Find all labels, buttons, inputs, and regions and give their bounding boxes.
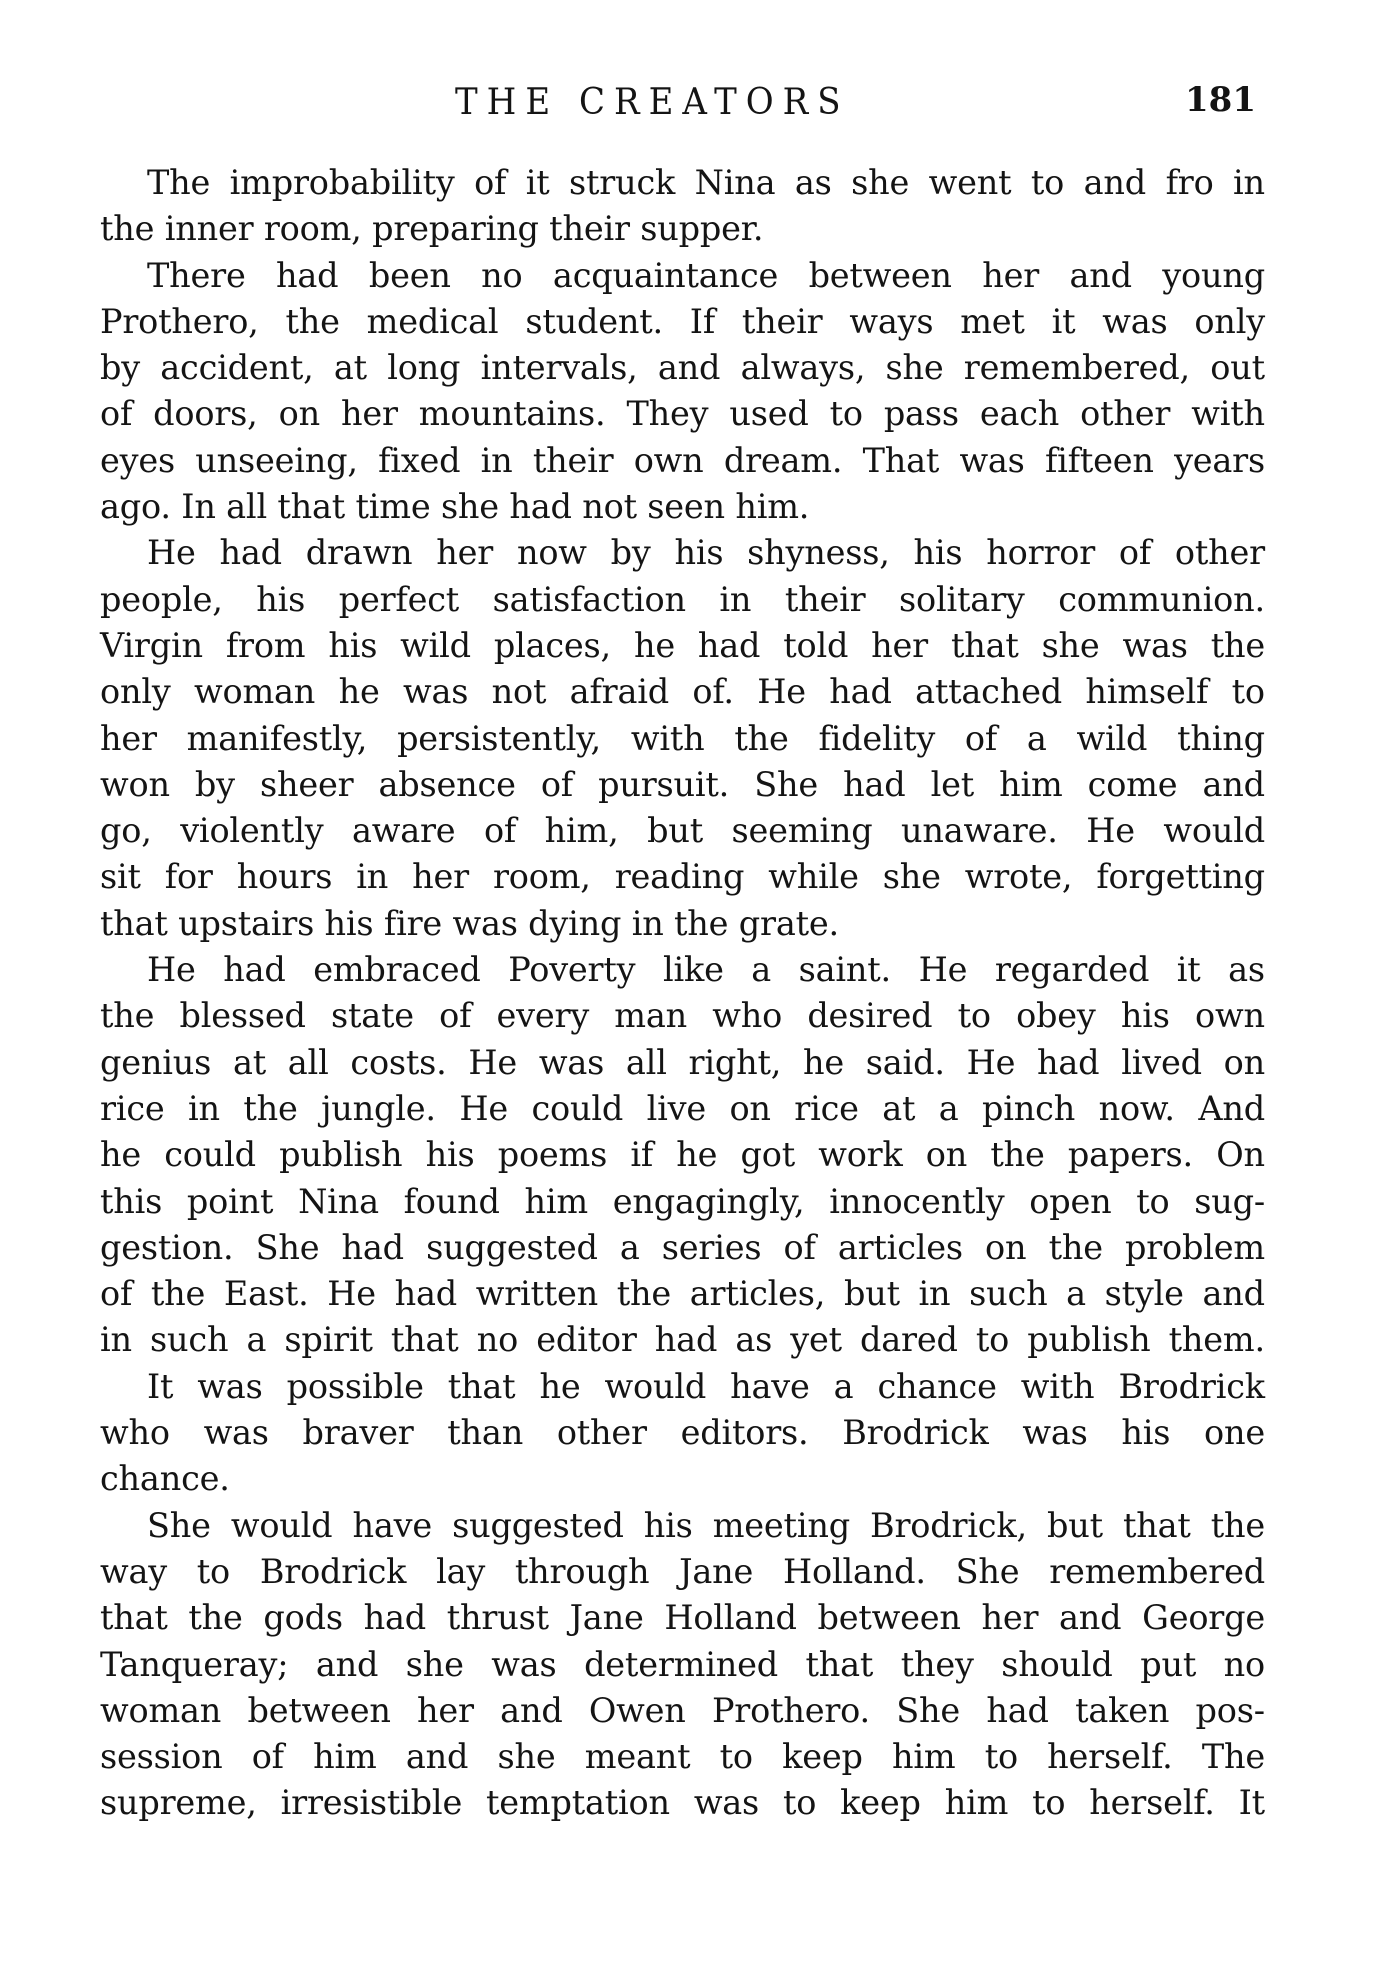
word: their: [742, 299, 823, 345]
word: accident,: [160, 345, 313, 391]
word: had: [1037, 1040, 1099, 1086]
word: in: [100, 1317, 132, 1363]
word: spirit: [284, 1317, 372, 1363]
word: of: [784, 1225, 816, 1271]
text-line: hecouldpublishhispoemsifhegotworkonthepa…: [100, 1132, 1265, 1178]
word: temptation: [486, 1780, 670, 1826]
word: would: [605, 1364, 707, 1410]
word: of: [100, 1271, 132, 1317]
word: it: [1177, 947, 1201, 993]
word: and: [1202, 762, 1264, 808]
word: the: [734, 716, 788, 762]
word: this: [100, 1179, 162, 1225]
word: that: [391, 1317, 459, 1363]
word: years: [1174, 438, 1265, 484]
word: to: [1232, 669, 1265, 715]
word: to: [197, 1549, 230, 1595]
word: people,: [100, 577, 223, 623]
word: a: [1027, 716, 1047, 762]
word: he: [100, 1132, 141, 1178]
word: each: [980, 391, 1059, 437]
word: out: [1210, 345, 1265, 391]
word: not: [492, 669, 547, 715]
word: been: [369, 253, 451, 299]
word: drawn: [306, 530, 413, 576]
word: He: [468, 1040, 517, 1086]
word: had: [276, 253, 338, 299]
word: only: [100, 669, 171, 715]
word: used: [729, 391, 808, 437]
word: her: [871, 623, 928, 669]
word: such: [150, 1317, 228, 1363]
word: Virgin: [100, 623, 203, 669]
word: by: [195, 762, 235, 808]
word: It: [1239, 1780, 1265, 1826]
word: obey: [1016, 993, 1096, 1039]
word: by: [100, 345, 140, 391]
word: met: [960, 299, 1024, 345]
word: her: [100, 716, 157, 762]
word: a: [1066, 1271, 1086, 1317]
word: The: [1202, 1734, 1265, 1780]
word: dared: [860, 1317, 958, 1363]
text-line: wonbysheerabsenceofpursuit.Shehadlethimc…: [100, 762, 1265, 808]
word: shyness,: [747, 530, 890, 576]
word: He: [147, 530, 196, 576]
word: rice: [100, 1086, 165, 1132]
word: keep: [840, 1780, 921, 1826]
word: They: [626, 391, 708, 437]
word: that: [448, 1364, 516, 1410]
word: He: [459, 1086, 508, 1132]
word: Poverty: [508, 947, 635, 993]
word: that: [951, 623, 1019, 669]
word: on: [729, 1086, 770, 1132]
word: all: [626, 1040, 667, 1086]
word: own: [1195, 993, 1265, 1039]
text-line: oftheEast.Hehadwrittenthearticles,butins…: [100, 1271, 1265, 1317]
word: himself: [1085, 669, 1208, 715]
word: gestion.: [100, 1225, 233, 1271]
word: from: [226, 623, 306, 669]
text-line: ofdoors,onhermountains.Theyusedtopasseac…: [100, 391, 1265, 437]
text-line: Virginfromhiswildplaces,hehadtoldherthat…: [100, 623, 1265, 669]
word: to: [976, 1317, 1009, 1363]
word: have: [730, 1364, 810, 1410]
word: perfect: [339, 577, 459, 623]
word: through: [515, 1549, 649, 1595]
word: her: [341, 391, 398, 437]
word: between: [817, 1595, 960, 1641]
word: genius: [100, 1040, 211, 1086]
word: had: [655, 1317, 717, 1363]
word: in: [1233, 160, 1265, 206]
word: sheer: [260, 762, 353, 808]
word: the: [617, 1271, 671, 1317]
word: a: [246, 1317, 266, 1363]
text-line: Tanqueray;andshewasdeterminedthattheysho…: [100, 1642, 1265, 1688]
word: his: [1121, 1410, 1170, 1456]
word: told: [783, 623, 848, 669]
word: unseeing,: [195, 438, 358, 484]
word: sit: [100, 854, 141, 900]
text-line: ShewouldhavesuggestedhismeetingBrodrick,…: [100, 1503, 1265, 1549]
word: pursuit.: [598, 762, 729, 808]
word: thing: [1177, 716, 1265, 762]
word: but: [844, 1271, 900, 1317]
word: and: [1084, 160, 1146, 206]
text-line: ItwaspossiblethathewouldhaveachancewithB…: [100, 1364, 1265, 1410]
word: only: [1194, 299, 1265, 345]
word: aware: [352, 808, 455, 854]
word: suggested: [452, 1503, 624, 1549]
word: He: [147, 947, 196, 993]
word: fro: [1166, 160, 1214, 206]
word: the: [1211, 1503, 1265, 1549]
word: him: [999, 762, 1062, 808]
word: rice: [794, 1086, 859, 1132]
word: Prothero.: [712, 1688, 870, 1734]
word: woman: [100, 1688, 221, 1734]
word: She: [896, 1688, 960, 1734]
word: Owen: [589, 1688, 686, 1734]
word: in: [919, 1271, 951, 1317]
word: him,: [545, 808, 619, 854]
word: long: [387, 345, 460, 391]
word: she: [498, 1734, 556, 1780]
word: her: [436, 530, 493, 576]
word: had: [698, 623, 760, 669]
word: on: [279, 391, 320, 437]
word: Jane: [679, 1549, 753, 1595]
text-line: insuchaspiritthatnoeditorhadasyetdaredto…: [100, 1317, 1265, 1363]
word: with: [1021, 1364, 1095, 1410]
text-line: Hehaddrawnhernowbyhisshyness,hishorrorof…: [100, 530, 1265, 576]
word: she: [406, 1642, 464, 1688]
word: had: [843, 762, 905, 808]
word: He: [1086, 808, 1135, 854]
word: no: [1224, 1642, 1265, 1688]
word: Prothero,: [100, 299, 259, 345]
word: room,: [493, 854, 591, 900]
word: young: [1162, 253, 1265, 299]
text-line: geniusatallcosts.Hewasallright,hesaid.He…: [100, 1040, 1265, 1086]
word: He: [327, 1271, 376, 1317]
word: saint.: [799, 947, 891, 993]
word: determined: [584, 1642, 778, 1688]
word: as: [1228, 947, 1265, 993]
word: fixed: [378, 438, 460, 484]
word: and: [316, 1642, 378, 1688]
word: She: [754, 762, 818, 808]
word: all: [288, 1040, 329, 1086]
text-line: people,hisperfectsatisfactionintheirsoli…: [100, 577, 1265, 623]
word: at: [882, 1086, 915, 1132]
word: had: [223, 947, 285, 993]
word: would: [1163, 808, 1265, 854]
word: a: [620, 1225, 640, 1271]
word: violently: [180, 808, 323, 854]
word: solitary: [899, 577, 1025, 623]
word: of: [541, 762, 573, 808]
word: if: [630, 1132, 653, 1178]
word: blessed: [180, 993, 306, 1039]
word: pass: [884, 391, 959, 437]
word: to: [958, 993, 991, 1039]
word: his: [426, 1132, 475, 1178]
word: lived: [1121, 1040, 1202, 1086]
word: absence: [379, 762, 516, 808]
word: of: [474, 160, 506, 206]
word: in: [481, 438, 513, 484]
word: should: [1001, 1642, 1112, 1688]
word: other: [1080, 391, 1170, 437]
word: and: [1202, 1271, 1264, 1317]
text-line: supreme,irresistibletemptationwastokeeph…: [100, 1780, 1265, 1826]
word: point: [187, 1179, 273, 1225]
word: he: [676, 1132, 717, 1178]
word: had: [219, 530, 281, 576]
word: There: [147, 253, 246, 299]
word: doors,: [153, 391, 257, 437]
word: them.: [1169, 1317, 1265, 1363]
text-line: sessionofhimandshemeanttokeephimtohersel…: [100, 1734, 1265, 1780]
word: it: [526, 160, 550, 206]
word: gods: [263, 1595, 342, 1641]
word: to: [783, 1780, 816, 1826]
text-line: HehadembracedPovertylikeasaint.Heregarde…: [100, 947, 1265, 993]
word: editors.: [681, 1410, 809, 1456]
word: won: [100, 762, 170, 808]
text-line: that upstairs his fire was dying in the …: [100, 901, 1265, 947]
word: hours: [237, 854, 333, 900]
word: publish: [1027, 1317, 1150, 1363]
word: could: [531, 1086, 623, 1132]
text-line: thispointNinafoundhimengagingly,innocent…: [100, 1179, 1265, 1225]
word: desired: [807, 993, 932, 1039]
word: the: [286, 299, 340, 345]
word: pinch: [982, 1086, 1075, 1132]
word: for: [165, 854, 213, 900]
word: her: [982, 253, 1039, 299]
word: taken: [1075, 1688, 1169, 1734]
word: could: [164, 1132, 256, 1178]
text-line: chance.: [100, 1456, 1265, 1502]
word: other: [557, 1410, 647, 1456]
text-line: whowasbraverthanothereditors.Brodrickwas…: [100, 1410, 1265, 1456]
word: was: [959, 438, 1024, 484]
word: dream.: [724, 438, 842, 484]
word: He: [967, 1040, 1016, 1086]
word: the: [1049, 1225, 1103, 1271]
word: she: [851, 160, 909, 206]
word: him: [313, 1734, 376, 1780]
word: The: [147, 160, 210, 206]
word: had: [829, 669, 891, 715]
book-page: THE CREATORS 181 Theimprobabilityofitstr…: [0, 0, 1376, 1983]
word: woman: [194, 669, 315, 715]
word: on: [1224, 1040, 1265, 1086]
word: had: [986, 1688, 1048, 1734]
word: Brodrick,: [870, 1503, 1027, 1549]
word: wild: [400, 623, 471, 669]
word: with: [631, 716, 705, 762]
word: of: [484, 808, 516, 854]
word: forgetting: [1096, 854, 1265, 900]
text-line: hermanifestly,persistently,withthefideli…: [100, 716, 1265, 762]
word: He: [919, 947, 968, 993]
page-number: 181: [1185, 76, 1256, 124]
word: his: [256, 577, 305, 623]
word: in: [356, 854, 388, 900]
word: suggested: [426, 1225, 598, 1271]
word: He: [757, 669, 806, 715]
word: him: [892, 1734, 955, 1780]
word: and: [406, 1734, 468, 1780]
word: mountains.: [419, 391, 606, 437]
text-line: byaccident,atlongintervals,andalways,she…: [100, 345, 1265, 391]
word: papers.: [1068, 1132, 1193, 1178]
word: now.: [1099, 1086, 1175, 1132]
word: put: [1140, 1642, 1196, 1688]
word: pos-: [1196, 1688, 1265, 1734]
word: communion.: [1058, 577, 1265, 623]
word: was: [197, 1364, 262, 1410]
word: the: [243, 1086, 297, 1132]
word: his: [328, 623, 377, 669]
word: reading: [615, 854, 745, 900]
word: meeting: [713, 1503, 850, 1549]
word: improbability: [230, 160, 455, 206]
text-line: theblessedstateofeverymanwhodesiredtoobe…: [100, 993, 1265, 1039]
word: herself.: [1047, 1734, 1172, 1780]
word: thrust: [447, 1595, 549, 1641]
word: who: [100, 1410, 170, 1456]
word: her: [981, 1595, 1038, 1641]
word: would: [231, 1503, 333, 1549]
word: but: [647, 808, 703, 854]
word: sug-: [1194, 1179, 1265, 1225]
word: of: [1119, 530, 1151, 576]
text-line: womanbetweenherandOwenProthero.Shehadtak…: [100, 1688, 1265, 1734]
word: to: [720, 1734, 753, 1780]
word: no: [481, 253, 522, 299]
word: have: [353, 1503, 433, 1549]
word: her: [417, 1688, 474, 1734]
text-line: sitforhoursinherroom,readingwhileshewrot…: [100, 854, 1265, 900]
word: of.: [692, 669, 733, 715]
word: between: [247, 1688, 390, 1734]
word: had: [395, 1271, 457, 1317]
word: and: [1069, 253, 1131, 299]
word: publish: [279, 1132, 402, 1178]
word: but: [1047, 1503, 1103, 1549]
word: of: [100, 391, 132, 437]
word: horror: [986, 530, 1095, 576]
word: that: [1123, 1503, 1191, 1549]
text-line: waytoBrodricklaythroughJaneHolland.Shere…: [100, 1549, 1265, 1595]
word: places,: [494, 623, 611, 669]
word: a: [751, 947, 771, 993]
word: that: [805, 1642, 873, 1688]
word: they: [901, 1642, 974, 1688]
word: acquaintance: [553, 253, 778, 299]
text-line: TheimprobabilityofitstruckNinaasshewentt…: [100, 160, 1265, 206]
word: If: [690, 299, 715, 345]
word: had: [342, 1225, 404, 1271]
running-title: THE CREATORS: [455, 76, 850, 128]
word: open: [1029, 1179, 1111, 1225]
word: the: [100, 993, 154, 1039]
word: while: [768, 854, 859, 900]
word: George: [1142, 1595, 1265, 1641]
word: in: [719, 577, 751, 623]
word: satisfaction: [493, 577, 686, 623]
word: was: [403, 669, 468, 715]
word: East.: [224, 1271, 309, 1317]
word: eyes: [100, 438, 175, 484]
word: problem: [1125, 1225, 1265, 1271]
word: keep: [782, 1734, 863, 1780]
word: remembered: [1049, 1549, 1265, 1595]
word: to: [985, 1734, 1018, 1780]
word: Nina: [695, 160, 776, 206]
word: between: [809, 253, 952, 299]
word: to: [1136, 1179, 1169, 1225]
word: Holland: [664, 1595, 796, 1641]
text-line: go,violentlyawareofhim,butseemingunaware…: [100, 808, 1265, 854]
word: was: [1022, 1410, 1087, 1456]
word: own: [634, 438, 704, 484]
text-line: onlywomanhewasnotafraidof.Hehadattachedh…: [100, 669, 1265, 715]
word: work: [818, 1132, 902, 1178]
word: was: [539, 1040, 604, 1086]
word: by: [611, 530, 651, 576]
word: jungle.: [321, 1086, 436, 1132]
word: session: [100, 1734, 222, 1780]
word: wild: [1077, 716, 1148, 762]
word: ways: [849, 299, 933, 345]
text-line: Prothero,themedicalstudent.Iftheirwaysme…: [100, 299, 1265, 345]
word: chance: [877, 1364, 996, 1410]
word: the: [990, 1132, 1044, 1178]
word: such: [969, 1271, 1047, 1317]
word: said.: [866, 1040, 945, 1086]
word: style: [1105, 1271, 1184, 1317]
word: of: [252, 1734, 284, 1780]
word: afraid: [570, 669, 669, 715]
word: editor: [536, 1317, 636, 1363]
word: meant: [585, 1734, 691, 1780]
word: like: [663, 947, 724, 993]
word: as: [735, 1317, 772, 1363]
word: a: [834, 1364, 854, 1410]
word: articles,: [690, 1271, 826, 1317]
text-line: ago. In all that time she had not seen h…: [100, 484, 1265, 530]
word: of: [965, 716, 997, 762]
word: medical: [367, 299, 499, 345]
word: Brodrick: [260, 1549, 406, 1595]
word: he: [339, 669, 380, 715]
word: That: [863, 438, 940, 484]
word: her: [412, 854, 469, 900]
text-line: eyesunseeing,fixedintheirowndream.Thatwa…: [100, 438, 1265, 484]
word: on: [926, 1132, 967, 1178]
word: who: [712, 993, 782, 1039]
word: every: [497, 993, 590, 1039]
word: to: [1032, 1780, 1065, 1826]
word: written: [476, 1271, 598, 1317]
